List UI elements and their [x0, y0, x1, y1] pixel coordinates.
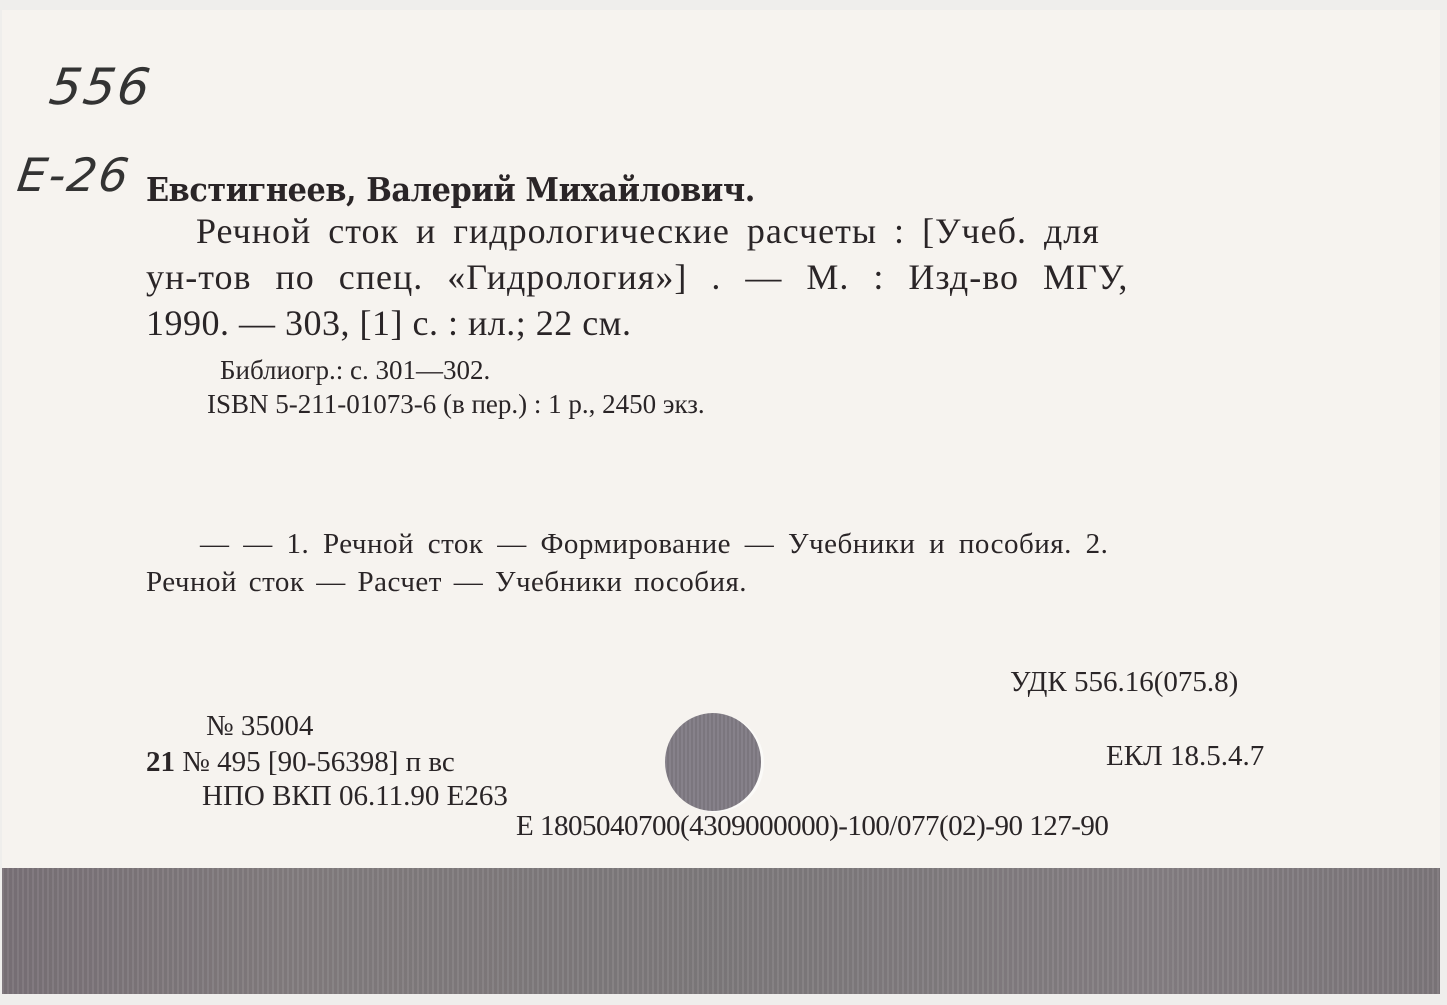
title-line-2: ун-тов по спец. «Гидрология»] . — М. : И…: [146, 256, 1128, 298]
subject-line-1: — — 1. Речной сток — Формирование — Учеб…: [200, 528, 1108, 561]
order-number: № 495 [90-56398] п вс: [182, 746, 455, 778]
ekl-code: ЕКЛ 18.5.4.7: [1106, 740, 1264, 773]
order-line: 21 № 495 [90-56398] п вс: [146, 746, 455, 779]
order-prefix: 21: [146, 746, 175, 778]
udk-code: УДК 556.16(075.8): [1010, 666, 1238, 699]
handwritten-author-mark: E-26: [14, 148, 134, 202]
punch-hole: [665, 713, 761, 811]
author-heading: Евстигнеев, Валерий Михайлович.: [146, 170, 755, 209]
isbn-line: ISBN 5-211-01073-6 (в пер.) : 1 р., 2450…: [207, 389, 705, 420]
bibliography-note: Библиогр.: с. 301—302.: [220, 355, 490, 386]
title-line-3: 1990. — 303, [1] с. : ил.; 22 см.: [146, 302, 631, 344]
subject-line-2: Речной сток — Расчет — Учебники пособия.: [146, 566, 747, 599]
printer-line: НПО ВКП 06.11.90 Е263: [202, 780, 508, 813]
classification-code: Е 1805040700(4309000000)-100/077(02)-90 …: [516, 810, 1108, 843]
handwritten-shelf-number: 556: [46, 58, 156, 116]
title-line-1: Речной сток и гидрологические расчеты : …: [196, 210, 1100, 252]
card-number: № 35004: [206, 710, 313, 743]
dark-bottom-strip: [2, 868, 1440, 994]
